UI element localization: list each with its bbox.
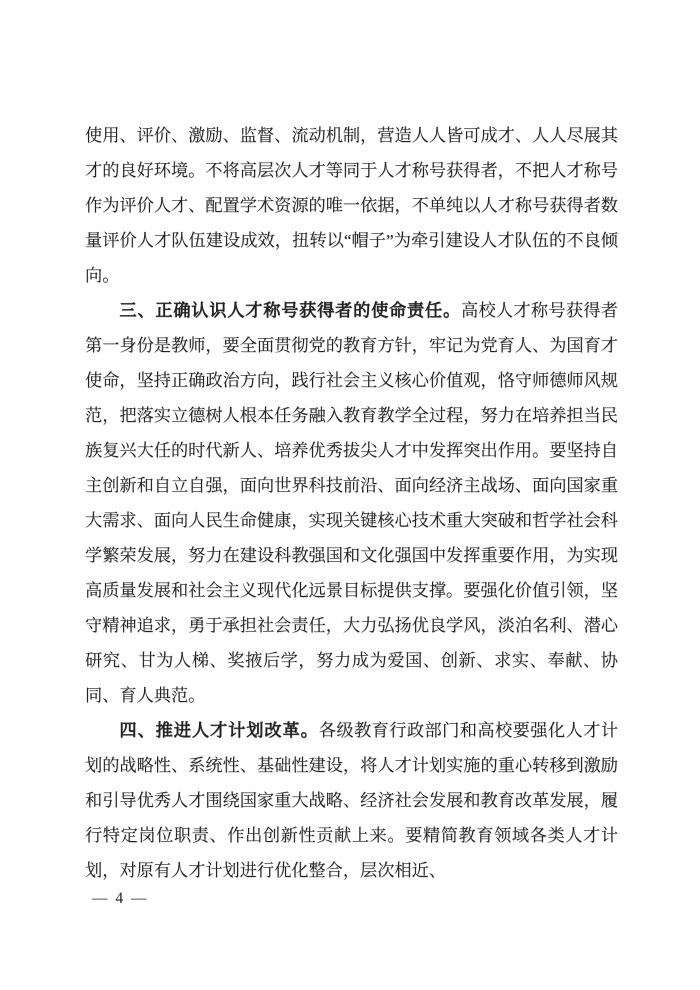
section-heading: 四、推进人才计划改革。 [119, 721, 318, 740]
document-body: 使用、评价、激励、监督、流动机制，营造人人皆可成才、人人尽展其才的良好环境。不将… [85, 118, 618, 888]
section-heading: 三、正确认识人才称号获得者的使命责任。 [119, 301, 461, 320]
paragraph: 三、正确认识人才称号获得者的使命责任。高校人才称号获得者第一身份是教师，要全面贯… [85, 293, 618, 713]
paragraph-text: 各级教育行政部门和高校要强化人才计划的战略性、系统性、基础性建设，将人才计划实施… [85, 721, 618, 880]
page-number: — 4 — [92, 889, 149, 909]
paragraph: 使用、评价、激励、监督、流动机制，营造人人皆可成才、人人尽展其才的良好环境。不将… [85, 118, 618, 293]
paragraph-text: 高校人才称号获得者第一身份是教师，要全面贯彻党的教育方针，牢记为党育人、为国育才… [85, 301, 618, 705]
document-page: 使用、评价、激励、监督、流动机制，营造人人皆可成才、人人尽展其才的良好环境。不将… [0, 0, 700, 990]
paragraph: 四、推进人才计划改革。各级教育行政部门和高校要强化人才计划的战略性、系统性、基础… [85, 713, 618, 888]
paragraph-text: 使用、评价、激励、监督、流动机制，营造人人皆可成才、人人尽展其才的良好环境。不将… [85, 126, 618, 285]
